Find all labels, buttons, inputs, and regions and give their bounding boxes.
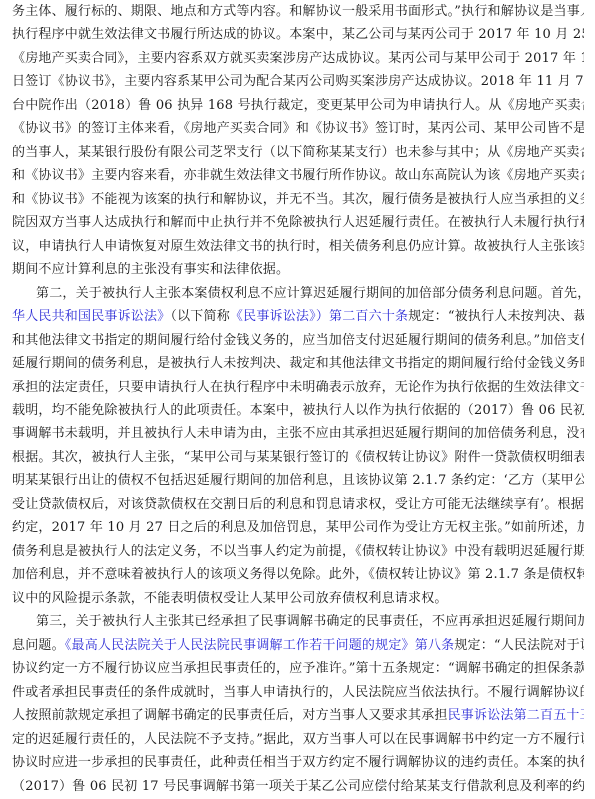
body-text: 院因双方当事人达成执行和解而中止执行并不免除被执行人迟延履行责任。在被执行人未履… bbox=[12, 215, 584, 230]
legal-citation-link[interactable]: 《民事诉讼法》）第二百六十条 bbox=[230, 309, 408, 324]
body-text: 约定，2017 年 10 月 27 日之后的利息及加倍罚息，某甲公司作为受让方无… bbox=[12, 520, 584, 535]
text-line: 载明，均不能免除被执行人的此项责任。本案中，被执行人以作为执行依据的（2017）… bbox=[12, 403, 584, 419]
text-line: 根据。其次，被执行人主张，“某甲公司与某某银行签订的《债权转让协议》附件一贷款债… bbox=[12, 450, 584, 466]
body-text: 事调解书未载明，并且被执行人未申请为由，主张不应由其承担迟延履行期间的加倍债务利… bbox=[12, 426, 584, 441]
body-text: 件或者承担民事责任的条件成就时，当事人申请执行的，人民法院应当依法执行。不履行调… bbox=[12, 685, 584, 700]
body-text: 和《协议书》不能视为该案的执行和解协议，并无不当。其次，履行债务是被执行人应当承… bbox=[12, 192, 584, 207]
body-text: 债务利息是被执行人的法定义务，不以当事人约定为前提，《债权转让协议》中没有载明迟… bbox=[12, 544, 584, 559]
text-line: 加倍利息，并不意味着被执行人的该项义务得以免除。此外，《债权转让协议》第 2.1… bbox=[12, 567, 584, 583]
text-line: 《协议书》的签订主体来看，《房地产买卖合同》和《协议书》签订时，某丙公司、某甲公… bbox=[12, 121, 584, 137]
legal-citation-link[interactable]: 华人民共和国民事诉讼法》 bbox=[12, 309, 170, 324]
document-page: 务主体、履行标的、期限、地点和方式等内容。和解协议一般采用书面形式。”执行和解协… bbox=[0, 0, 595, 799]
text-line: 第二，关于被执行人主张本案债权利息不应计算迟延履行期间的加倍部分债务利息问题。首… bbox=[36, 286, 584, 302]
body-text: 议，申请执行人申请恢复对原生效法律文书的执行时，相关债务利息仍应计算。故被执行人… bbox=[12, 239, 584, 254]
legal-citation-link[interactable]: 民事诉讼法第二百五十三条 bbox=[448, 708, 584, 723]
text-line: 明某某银行出让的债权不包括迟延履行期间的加倍利息，且该协议第 2.1.7 条约定… bbox=[12, 473, 584, 489]
body-text: 定的迟延履行责任的，人民法院不予支持。”据此，双方当事人可以在民事调解书中约定一… bbox=[12, 732, 584, 747]
body-text: 受让贷款债权后，对该贷款债权在交割日后的利息和罚息请求权，受让方可能无法继续享有… bbox=[12, 497, 584, 512]
text-line: 议，申请执行人申请恢复对原生效法律文书的执行时，相关债务利息仍应计算。故被执行人… bbox=[12, 239, 584, 255]
body-text: 人按照前款规定承担了调解书确定的民事责任后，对方当事人又要求其承担 bbox=[12, 708, 448, 723]
body-text: 《协议书》的签订主体来看，《房地产买卖合同》和《协议书》签订时，某丙公司、某甲公… bbox=[12, 121, 584, 136]
body-text: 务主体、履行标的、期限、地点和方式等内容。和解协议一般采用书面形式。”执行和解协… bbox=[12, 4, 584, 19]
body-text: 和《协议书》主要内容来看，亦非就生效法律文书履行所作协议。故山东高院认为该《房地… bbox=[12, 168, 584, 183]
text-line: 协议时应进一步承担的民事责任，此种责任相当于双方约定不履行调解协议的违约责任。本… bbox=[12, 755, 584, 771]
text-line: 的当事人，某某银行股份有限公司芝罘支行（以下简称某某支行）也未参与其中；从《房地… bbox=[12, 145, 584, 161]
text-line: （2017）鲁 06 民初 17 号民事调解书第一项关于某乙公司应偿付给某某支行… bbox=[12, 779, 584, 795]
text-line: 件或者承担民事责任的条件成就时，当事人申请执行的，人民法院应当依法执行。不履行调… bbox=[12, 685, 584, 701]
text-line: 华人民共和国民事诉讼法》（以下简称《民事诉讼法》）第二百六十条规定：“被执行人未… bbox=[12, 309, 584, 325]
body-text: 根据。其次，被执行人主张，“某甲公司与某某银行签订的《债权转让协议》附件一贷款债… bbox=[12, 450, 584, 465]
text-line: 执行程序中就生效法律文书履行所达成的协议。本案中，某乙公司与某丙公司于 2017… bbox=[12, 27, 584, 43]
body-text: 规定：“被执行人未按判决、裁定 bbox=[408, 309, 584, 324]
text-line: 人按照前款规定承担了调解书确定的民事责任后，对方当事人又要求其承担民事诉讼法第二… bbox=[12, 708, 584, 724]
text-line: 《房地产买卖合同》，主要内容系双方就买卖案涉房产达成协议。某丙公司与某甲公司于 … bbox=[12, 51, 584, 67]
text-line: 约定，2017 年 10 月 27 日之后的利息及加倍罚息，某甲公司作为受让方无… bbox=[12, 520, 584, 536]
text-line: 期间不应计算利息的主张没有事实和法律依据。 bbox=[12, 262, 584, 278]
text-line: 院因双方当事人达成执行和解而中止执行并不免除被执行人迟延履行责任。在被执行人未履… bbox=[12, 215, 584, 231]
text-line: 日签订《协议书》，主要内容系某甲公司为配合某丙公司购买案涉房产达成协议。2018… bbox=[12, 74, 584, 90]
body-text: 第三，关于被执行人主张其已经承担了民事调解书确定的民事责任，不应再承担迟延履行期… bbox=[36, 614, 584, 629]
body-text: 日签订《协议书》，主要内容系某甲公司为配合某丙公司购买案涉房产达成协议。2018… bbox=[12, 74, 584, 89]
text-line: 和《协议书》不能视为该案的执行和解协议，并无不当。其次，履行债务是被执行人应当承… bbox=[12, 192, 584, 208]
text-line: 受让贷款债权后，对该贷款债权在交割日后的利息和罚息请求权，受让方可能无法继续享有… bbox=[12, 497, 584, 513]
body-text: 第二，关于被执行人主张本案债权利息不应计算迟延履行期间的加倍部分债务利息问题。首… bbox=[36, 286, 584, 301]
legal-citation-link[interactable]: 《最高人民法院关于人民法院民事调解工作若干问题的规定》第八条 bbox=[65, 638, 455, 653]
text-line: 事调解书未载明，并且被执行人未申请为由，主张不应由其承担迟延履行期间的加倍债务利… bbox=[12, 426, 584, 442]
body-text: 期间不应计算利息的主张没有事实和法律依据。 bbox=[12, 262, 289, 277]
body-text: 《房地产买卖合同》，主要内容系双方就买卖案涉房产达成协议。某丙公司与某甲公司于 … bbox=[12, 51, 584, 66]
text-line: 第三，关于被执行人主张其已经承担了民事调解书确定的民事责任，不应再承担迟延履行期… bbox=[36, 614, 584, 630]
text-line: 息问题。《最高人民法院关于人民法院民事调解工作若干问题的规定》第八条规定：“人民… bbox=[12, 638, 584, 654]
body-text: 协议约定一方不履行协议应当承担民事责任的，应予准许。”第十五条规定：“调解书确定… bbox=[12, 661, 584, 676]
body-text: 的当事人，某某银行股份有限公司芝罘支行（以下简称某某支行）也未参与其中；从《房地… bbox=[12, 145, 584, 160]
text-line: 和其他法律文书指定的期间履行给付金钱义务的，应当加倍支付迟延履行期间的债务利息。… bbox=[12, 333, 584, 349]
body-text: 议中的风险提示条款，不能表明债权受让人某甲公司放弃债权利息请求权。 bbox=[12, 591, 448, 606]
body-text: 执行程序中就生效法律文书履行所达成的协议。本案中，某乙公司与某丙公司于 2017… bbox=[12, 27, 584, 42]
text-line: 债务利息是被执行人的法定义务，不以当事人约定为前提，《债权转让协议》中没有载明迟… bbox=[12, 544, 584, 560]
body-text: 载明，均不能免除被执行人的此项责任。本案中，被执行人以作为执行依据的（2017）… bbox=[12, 403, 584, 418]
body-text: 明某某银行出让的债权不包括迟延履行期间的加倍利息，且该协议第 2.1.7 条约定… bbox=[12, 473, 584, 488]
body-text: 息问题。 bbox=[12, 638, 65, 653]
body-text: （2017）鲁 06 民初 17 号民事调解书第一项关于某乙公司应偿付给某某支行… bbox=[12, 779, 584, 794]
text-line: 协议约定一方不履行协议应当承担民事责任的，应予准许。”第十五条规定：“调解书确定… bbox=[12, 661, 584, 677]
text-line: 承担的法定责任，只要申请执行人在执行程序中未明确表示放弃，无论作为执行依据的生效… bbox=[12, 380, 584, 396]
text-line: 和《协议书》主要内容来看，亦非就生效法律文书履行所作协议。故山东高院认为该《房地… bbox=[12, 168, 584, 184]
body-text: 台中院作出（2018）鲁 06 执异 168 号执行裁定，变更某甲公司为申请执行… bbox=[12, 98, 584, 113]
body-text: 延履行期间的债务利息，是被执行人未按判决、裁定和其他法律文书指定的期间履行给付金… bbox=[12, 356, 584, 371]
text-line: 定的迟延履行责任的，人民法院不予支持。”据此，双方当事人可以在民事调解书中约定一… bbox=[12, 732, 584, 748]
body-text: 规定：“人民法院对于调解 bbox=[454, 638, 584, 653]
body-text: 协议时应进一步承担的民事责任，此种责任相当于双方约定不履行调解协议的违约责任。本… bbox=[12, 755, 584, 770]
text-line: 延履行期间的债务利息，是被执行人未按判决、裁定和其他法律文书指定的期间履行给付金… bbox=[12, 356, 584, 372]
body-text: （以下简称 bbox=[170, 309, 230, 324]
text-line: 务主体、履行标的、期限、地点和方式等内容。和解协议一般采用书面形式。”执行和解协… bbox=[12, 4, 584, 20]
body-text: 加倍利息，并不意味着被执行人的该项义务得以免除。此外，《债权转让协议》第 2.1… bbox=[12, 567, 584, 582]
text-line: 议中的风险提示条款，不能表明债权受让人某甲公司放弃债权利息请求权。 bbox=[12, 591, 584, 607]
body-text: 和其他法律文书指定的期间履行给付金钱义务的，应当加倍支付迟延履行期间的债务利息。… bbox=[12, 333, 584, 348]
body-text: 承担的法定责任，只要申请执行人在执行程序中未明确表示放弃，无论作为执行依据的生效… bbox=[12, 380, 584, 395]
text-line: 台中院作出（2018）鲁 06 执异 168 号执行裁定，变更某甲公司为申请执行… bbox=[12, 98, 584, 114]
